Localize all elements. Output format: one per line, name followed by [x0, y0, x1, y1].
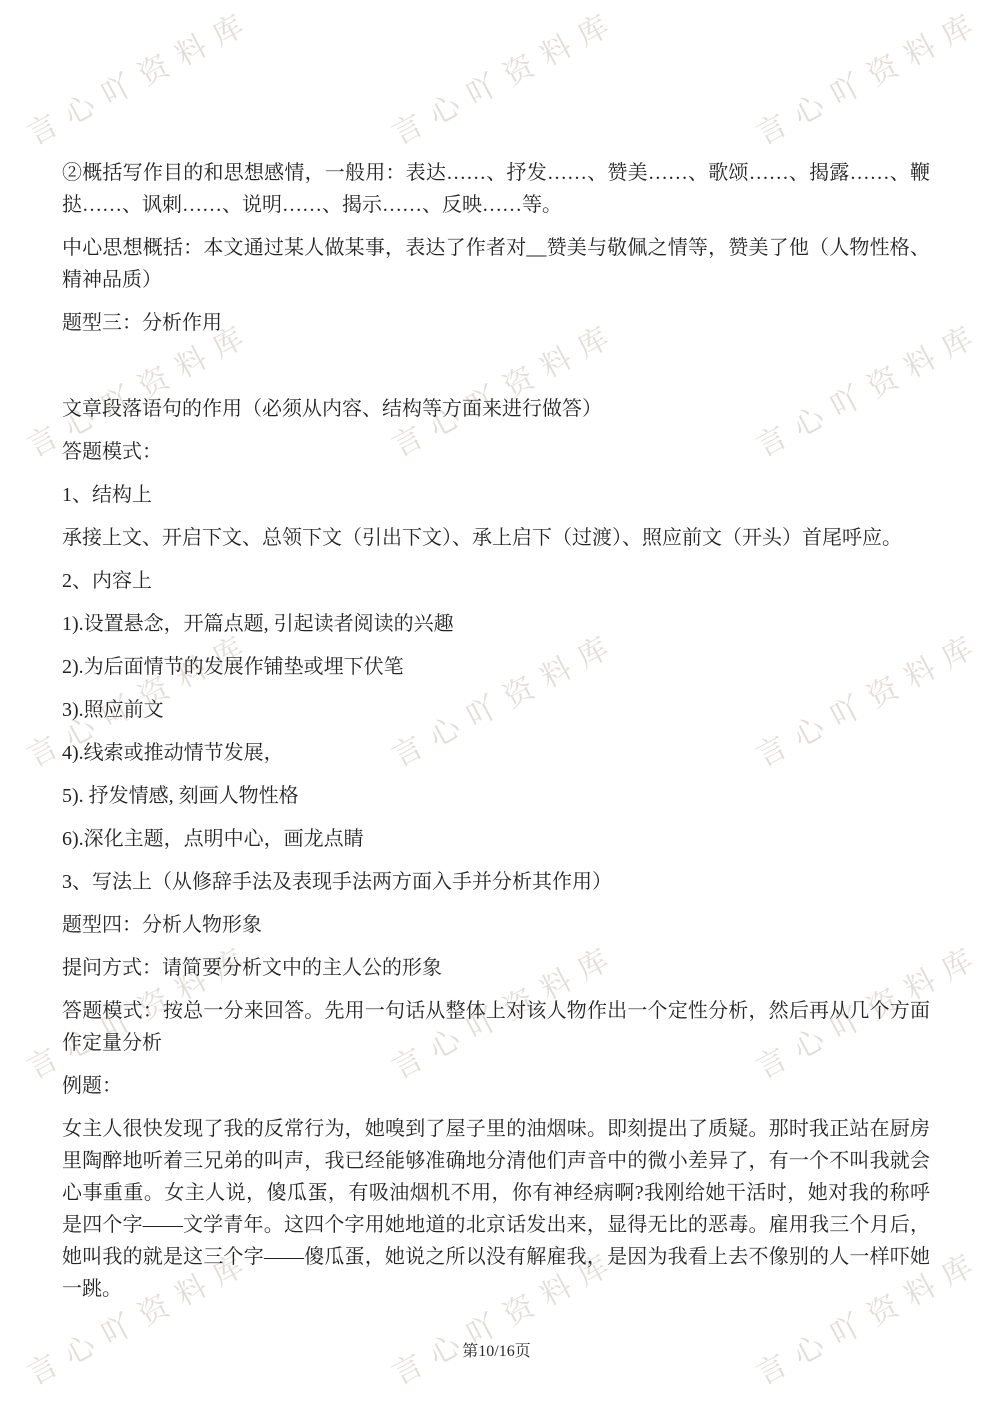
paragraph: 例题： — [62, 1070, 930, 1102]
watermark-text: 言心吖资料库 — [383, 0, 626, 153]
document-content: ②概括写作目的和思想感情，一般用：表达……、抒发……、赞美……、歌颂……、揭露…… — [62, 157, 930, 1316]
paragraph: 1).设置悬念，开篇点题, 引起读者阅读的兴趣 — [62, 608, 930, 640]
watermark-text: 言心吖资料库 — [747, 0, 990, 153]
paragraph: 6).深化主题，点明中心，画龙点睛 — [62, 823, 930, 855]
paragraph: 3、写法上（从修辞手法及表现手法两方面入手并分析其作用） — [62, 866, 930, 898]
paragraph: 1、结构上 — [62, 479, 930, 511]
paragraph: 题型三：分析作用 — [62, 307, 930, 339]
paragraph: 题型四：分析人物形象 — [62, 909, 930, 941]
paragraph: 2、内容上 — [62, 565, 930, 597]
paragraph: 中心思想概括：本文通过某人做某事，表达了作者对__赞美与敬佩之情等，赞美了他（人… — [62, 232, 930, 296]
watermark-text: 言心吖资料库 — [18, 0, 261, 153]
paragraph: 提问方式：请简要分析文中的主人公的形象 — [62, 952, 930, 984]
paragraph: 承接上文、开启下文、总领下文（引出下文）、承上启下（过渡）、照应前文（开头）首尾… — [62, 522, 930, 554]
page-number: 第10/16页 — [0, 1338, 993, 1361]
paragraph: 5). 抒发情感, 刻画人物性格 — [62, 780, 930, 812]
paragraph-blank — [62, 350, 930, 382]
paragraph: 文章段落语句的作用（必须从内容、结构等方面来进行做答） — [62, 393, 930, 425]
paragraph: 3).照应前文 — [62, 694, 930, 726]
paragraph: 4).线索或推动情节发展， — [62, 737, 930, 769]
document-page: 言心吖资料库言心吖资料库言心吖资料库言心吖资料库言心吖资料库言心吖资料库言心吖资… — [0, 0, 993, 1403]
paragraph: 2).为后面情节的发展作铺垫或埋下伏笔 — [62, 651, 930, 683]
paragraph: 答题模式： — [62, 436, 930, 468]
paragraph: ②概括写作目的和思想感情，一般用：表达……、抒发……、赞美……、歌颂……、揭露…… — [62, 157, 930, 221]
paragraph: 答题模式：按总一分来回答。先用一句话从整体上对该人物作出一个定性分析，然后再从几… — [62, 995, 930, 1059]
paragraph: 女主人很快发现了我的反常行为，她嗅到了屋子里的油烟味。即刻提出了质疑。那时我正站… — [62, 1113, 930, 1305]
